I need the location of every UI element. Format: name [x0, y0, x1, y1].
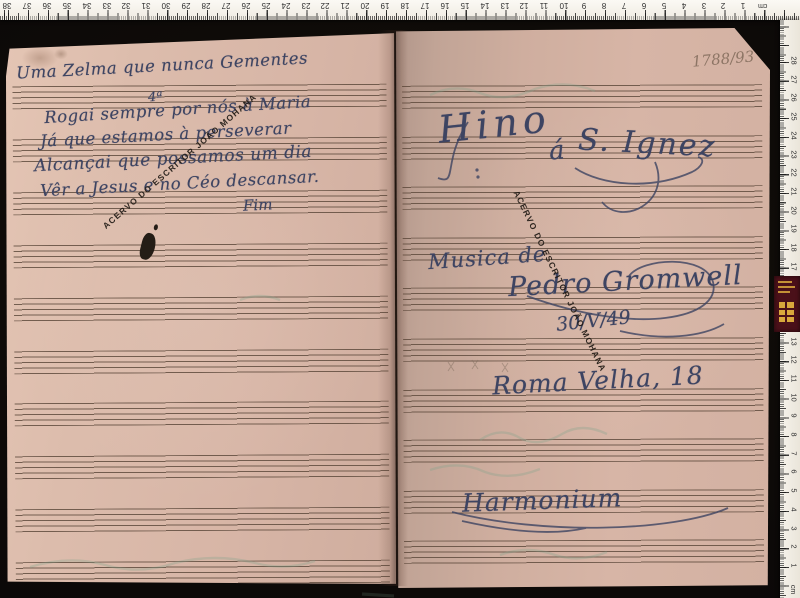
ruler-top-number: 29 [178, 1, 194, 10]
ruler-right-number: 9 [790, 410, 799, 422]
ruler-top-number: 9 [576, 1, 592, 10]
color-patch-emblem [779, 302, 794, 322]
ruler-top-number: 15 [457, 1, 473, 10]
ruler-top-number: 3 [696, 1, 712, 10]
ruler-right-number: 21 [790, 185, 799, 197]
ruler-right-number: 4 [790, 503, 799, 515]
staff-lines [15, 507, 390, 533]
ruler-top-number: 11 [536, 1, 552, 10]
ruler-top-number: 35 [59, 1, 75, 10]
ruler-right-number: 2 [790, 541, 799, 553]
ruler-top-number: 36 [39, 1, 55, 10]
ruler-top-number: 13 [497, 1, 513, 10]
staff-lines [404, 540, 763, 565]
ruler-top-number: 34 [79, 1, 95, 10]
staff-lines [15, 454, 390, 480]
ruler-right-number: 24 [790, 129, 799, 141]
instrument-label: Harmonium [462, 483, 623, 518]
ruler-top-number: 18 [397, 1, 413, 10]
ruler-right-number: 7 [790, 447, 799, 459]
ruler-right-number: 12 [790, 354, 799, 366]
color-patch [774, 276, 800, 332]
ruler-top-number: 6 [636, 1, 652, 10]
staff-lines [13, 242, 388, 268]
ruler-right-number: 1 [790, 559, 799, 571]
ruler-right-number: 17 [790, 260, 799, 272]
ruler-right-number: 6 [790, 466, 799, 478]
ruler-right-number: 22 [790, 167, 799, 179]
ruler-top-number: 23 [298, 1, 314, 10]
ruler-right-number: 10 [790, 391, 799, 403]
ruler-top-number: 24 [278, 1, 294, 10]
ruler-right-number: 5 [790, 485, 799, 497]
ruler-top-number: 30 [158, 1, 174, 10]
ruler-right-number: 26 [790, 92, 799, 104]
ruler-top-number: 19 [377, 1, 393, 10]
staff-lines [404, 438, 763, 463]
ruler-top-number: 7 [616, 1, 632, 10]
staff-lines [16, 560, 391, 586]
ruler-right-number: 20 [790, 204, 799, 216]
ruler-top-number: 17 [417, 1, 433, 10]
ruler-top-number: 26 [238, 1, 254, 10]
color-patch-mark [778, 281, 792, 283]
ruler-right-number: 28 [790, 55, 799, 67]
color-patch-mark [778, 286, 795, 288]
ruler-top-number: 4 [676, 1, 692, 10]
ruler-top-number: 21 [337, 1, 353, 10]
ruler-right-number: 19 [790, 223, 799, 235]
title-word-a: á [548, 135, 566, 166]
ruler-right-number: 18 [790, 242, 799, 254]
color-patch-mark [778, 291, 790, 293]
ruler-top-number: 5 [656, 1, 672, 10]
end-marker: Fim [243, 195, 273, 215]
ruler-top-number: 14 [477, 1, 493, 10]
ruler-top: 3837363534333231302928272625242322212019… [0, 0, 800, 20]
ruler-top-number: 33 [99, 1, 115, 10]
verse-marker: 4ª [148, 90, 163, 106]
ruler-right-number: 27 [790, 73, 799, 85]
staff-lines [14, 348, 389, 374]
ruler-top-number: 20 [357, 1, 373, 10]
ruler-top-number: 25 [258, 1, 274, 10]
ruler-top-number: 8 [596, 1, 612, 10]
ruler-top-unit: cm [758, 2, 767, 9]
ruler-top-number: 1 [735, 1, 751, 10]
title-word-ignez: S. Ignez [577, 122, 717, 164]
ruler-top-number: 37 [19, 1, 35, 10]
ruler-top-number: 32 [118, 1, 134, 10]
ruler-right-number: 3 [790, 522, 799, 534]
ruler-top-numbers: 3837363534333231302928272625242322212019… [0, 0, 800, 20]
ruler-top-number: 2 [715, 1, 731, 10]
ruler-top-number: 31 [138, 1, 154, 10]
ruler-right-number: 25 [790, 111, 799, 123]
ruler-top-number: 27 [218, 1, 234, 10]
ruler-top-number: 28 [198, 1, 214, 10]
scanned-manuscript: Uma Zelma que nunca GementesRogai sempre… [0, 0, 800, 598]
ruler-right-number: 8 [790, 429, 799, 441]
staff-lines [14, 295, 389, 321]
ruler-right-number: 13 [790, 335, 799, 347]
staff-lines [14, 401, 389, 427]
ruler-top-number: 10 [556, 1, 572, 10]
staff-lines [403, 185, 762, 210]
ruler-top-number: 38 [0, 1, 15, 10]
ruler-top-number: 16 [437, 1, 453, 10]
ruler-right-number: 23 [790, 148, 799, 160]
ruler-top-number: 22 [317, 1, 333, 10]
ruler-top-number: 12 [516, 1, 532, 10]
ruler-right-unit: cm [789, 585, 796, 594]
ruler-right-number: 11 [790, 372, 799, 384]
